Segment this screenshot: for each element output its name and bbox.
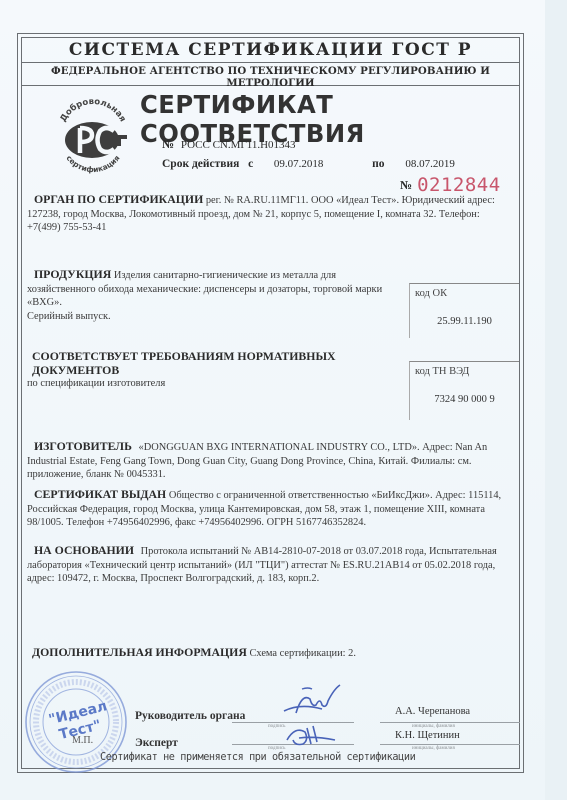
section-heading: ДОПОЛНИТЕЛЬНАЯ ИНФОРМАЦИЯ (32, 645, 247, 659)
header-divider (21, 62, 520, 63)
section-additional-info: ДОПОЛНИТЕЛЬНАЯ ИНФОРМАЦИЯ Схема сертифик… (27, 646, 512, 661)
expert-name: К.Н. Щетинин (395, 730, 460, 741)
section-heading: СЕРТИФИКАТ ВЫДАН (34, 487, 166, 501)
validity-label: Срок действия (162, 158, 239, 170)
expert-signature-icon (285, 722, 337, 750)
code-ok-value: 25.99.11.190 (410, 316, 519, 327)
head-name-caption: инициалы, фамилия (412, 724, 455, 729)
valid-to-date: 08.07.2019 (405, 158, 455, 170)
registration-number: № РОСС CN.МГ11.Н01343 (162, 137, 296, 152)
head-role-label: Руководитель органа (135, 710, 245, 722)
code-ok-box: код ОК 25.99.11.190 (409, 283, 519, 338)
code-ok-label: код ОК (410, 284, 519, 299)
section-heading: СООТВЕТСТВУЕТ ТРЕБОВАНИЯМ НОРМАТИВНЫХ ДО… (27, 350, 407, 377)
section-heading: ОРГАН ПО СЕРТИФИКАЦИИ (34, 192, 203, 206)
section-manufacturer: ИЗГОТОВИТЕЛЬ «DONGGUAN BXG INTERNATIONAL… (27, 440, 512, 482)
section-basis: НА ОСНОВАНИИ Протокола испытаний № АВ14-… (27, 544, 512, 586)
validity-period: Срок действия с 09.07.2018 по 08.07.2019 (162, 158, 455, 170)
section-product: ПРОДУКЦИЯ Изделия санитарно-гигиенически… (27, 268, 407, 323)
expert-role-label: Эксперт (135, 737, 178, 749)
head-name-line (380, 722, 520, 723)
code-tnved-label: код ТН ВЭД (410, 362, 519, 377)
code-tnved-value: 7324 90 000 9 (410, 394, 519, 405)
section-compliance: СООТВЕТСТВУЕТ ТРЕБОВАНИЯМ НОРМАТИВНЫХ ДО… (27, 350, 407, 391)
section-text-serial: Серийный выпуск. (27, 310, 111, 324)
section-issued-to: СЕРТИФИКАТ ВЫДАН Общество с ограниченной… (27, 488, 512, 530)
number-sign: № (162, 137, 174, 151)
blank-number-sign: № (400, 178, 412, 192)
system-title: СИСТЕМА СЕРТИФИКАЦИИ ГОСТ Р (21, 40, 520, 60)
agency-name: ФЕДЕРАЛЬНОЕ АГЕНТСТВО ПО ТЕХНИЧЕСКОМУ РЕ… (21, 65, 520, 89)
registration-number-value: РОСС CN.МГ11.Н01343 (181, 139, 296, 151)
svg-text:Добровольная: Добровольная (58, 97, 127, 124)
disclaimer-text: Сертификат не применяется при обязательн… (100, 752, 415, 763)
section-text: Схема сертификации: 2. (249, 648, 355, 659)
section-heading: ИЗГОТОВИТЕЛЬ (34, 439, 132, 453)
head-name: А.А. Черепанова (395, 706, 470, 717)
code-tnved-box: код ТН ВЭД 7324 90 000 9 (409, 361, 519, 420)
section-text: по спецификации изготовителя (27, 378, 165, 389)
seal-place-label: М.П. (72, 735, 93, 746)
section-heading: ПРОДУКЦИЯ (34, 267, 111, 281)
valid-to-label: по (372, 158, 384, 170)
valid-from-date: 09.07.2018 (274, 158, 324, 170)
valid-from-label: с (248, 158, 253, 170)
expert-signature-caption: подпись (268, 746, 285, 751)
expert-name-caption: инициалы, фамилия (412, 746, 455, 751)
section-heading: НА ОСНОВАНИИ (34, 543, 134, 557)
expert-name-line (380, 744, 520, 745)
rst-logo-icon: Добровольная сертификация (52, 95, 134, 177)
section-certification-body: ОРГАН ПО СЕРТИФИКАЦИИ рег. № RA.RU.11МГ1… (27, 193, 507, 235)
head-signature-icon (282, 683, 342, 725)
